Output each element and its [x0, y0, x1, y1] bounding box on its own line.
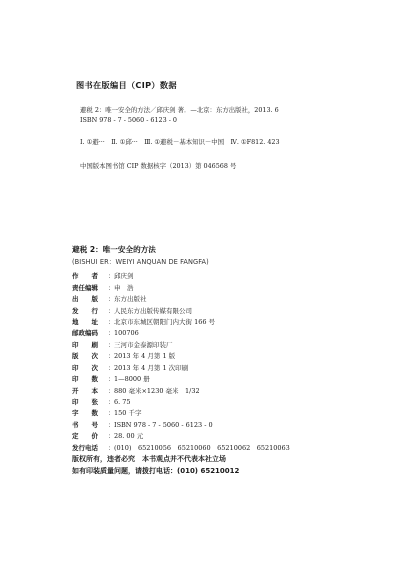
row-value: (010) 65210056 65210060 65210062 6521006…: [114, 443, 290, 453]
row-label: 字 数: [72, 408, 108, 418]
book-title: 避税 2：唯一安全的方法: [72, 244, 156, 255]
colophon-row-impression: 印 次：2013 年 4 月第 1 次印刷: [72, 363, 188, 373]
row-label: 邮政编码: [72, 328, 108, 338]
row-value: 人民东方出版传媒有限公司: [114, 306, 192, 316]
row-value: 6. 75: [114, 397, 131, 407]
row-value: 880 毫米×1230 毫米 1/32: [114, 386, 200, 396]
colophon-row-printer: 印 刷：三河市金泰源印装厂: [72, 340, 173, 350]
colophon-row-postcode: 邮政编码：100706: [72, 328, 139, 338]
colophon-row-distributor: 发 行：人民东方出版传媒有限公司: [72, 306, 192, 316]
colophon-row-publisher: 出 版：东方出版社: [72, 294, 147, 304]
row-label: 发行电话: [72, 443, 108, 453]
row-label: 地 址: [72, 317, 108, 327]
row-label: 书 号: [72, 420, 108, 430]
row-value: ISBN 978 - 7 - 5060 - 6123 - 0: [114, 420, 213, 430]
cip-isbn: ISBN 978 - 7 - 5060 - 6123 - 0: [80, 116, 177, 124]
row-label: 印 数: [72, 374, 108, 384]
cip-core-number: 中国版本图书馆 CIP 数据核字（2013）第 046568 号: [80, 161, 236, 170]
colophon-row-price: 定 价：28. 00 元: [72, 431, 143, 441]
colophon-row-edition: 版 次：2013 年 4 月第 1 版: [72, 351, 175, 361]
row-value: 三河市金泰源印装厂: [114, 340, 173, 350]
colophon-row-format: 开 本：880 毫米×1230 毫米 1/32: [72, 386, 200, 396]
row-value: 2013 年 4 月第 1 版: [114, 351, 175, 361]
book-title-pinyin: (BISHUI ER：WEIYI ANQUAN DE FANGFA): [72, 256, 209, 266]
row-value: 150 千字: [114, 408, 141, 418]
row-value: 1—8000 册: [114, 374, 150, 384]
row-value: 2013 年 4 月第 1 次印刷: [114, 363, 188, 373]
colophon-row-sheets: 印 张：6. 75: [72, 397, 131, 407]
colophon-row-isbn: 书 号：ISBN 978 - 7 - 5060 - 6123 - 0: [72, 420, 213, 430]
copyright-notice: 版权所有，违者必究 本书观点并不代表本社立场: [72, 454, 226, 464]
colophon-row-word-count: 字 数：150 千字: [72, 408, 141, 418]
row-value: 申 浩: [114, 283, 134, 293]
row-label: 出 版: [72, 294, 108, 304]
colophon-row-editor: 责任编辑：申 浩: [72, 283, 134, 293]
colophon-row-print-run: 印 数：1—8000 册: [72, 374, 150, 384]
cip-heading: 图书在版编目（CIP）数据: [76, 80, 177, 91]
row-label: 印 刷: [72, 340, 108, 350]
quality-contact: 如有印装质量问题，请拨打电话：(010) 65210012: [72, 466, 239, 476]
colophon-row-author: 作 者：邱庆剑: [72, 271, 134, 281]
row-label: 定 价: [72, 431, 108, 441]
row-value: 邱庆剑: [114, 271, 134, 281]
colophon-row-address: 地 址：北京市东城区朝阳门内大街 166 号: [72, 317, 215, 327]
row-value: 100706: [114, 328, 139, 338]
row-label: 印 次: [72, 363, 108, 373]
row-label: 版 次: [72, 351, 108, 361]
row-value: 北京市东城区朝阳门内大街 166 号: [114, 317, 215, 327]
row-label: 发 行: [72, 306, 108, 316]
cip-bibliographic-line: 避税 2：唯一安全的方法／邱庆剑 著．—北京：东方出版社，2013. 6: [80, 105, 279, 114]
row-label: 责任编辑: [72, 283, 108, 293]
row-label: 作 者: [72, 271, 108, 281]
row-value: 28. 00 元: [114, 431, 143, 441]
cip-classification: Ⅰ. ①避··· Ⅱ. ①邱··· Ⅲ. ①避税－基本知识－中国 Ⅳ. ①F81…: [80, 137, 280, 146]
row-label: 开 本: [72, 386, 108, 396]
row-value: 东方出版社: [114, 294, 147, 304]
colophon-row-sales-phone: 发行电话：(010) 65210056 65210060 65210062 65…: [72, 443, 290, 453]
row-label: 印 张: [72, 397, 108, 407]
